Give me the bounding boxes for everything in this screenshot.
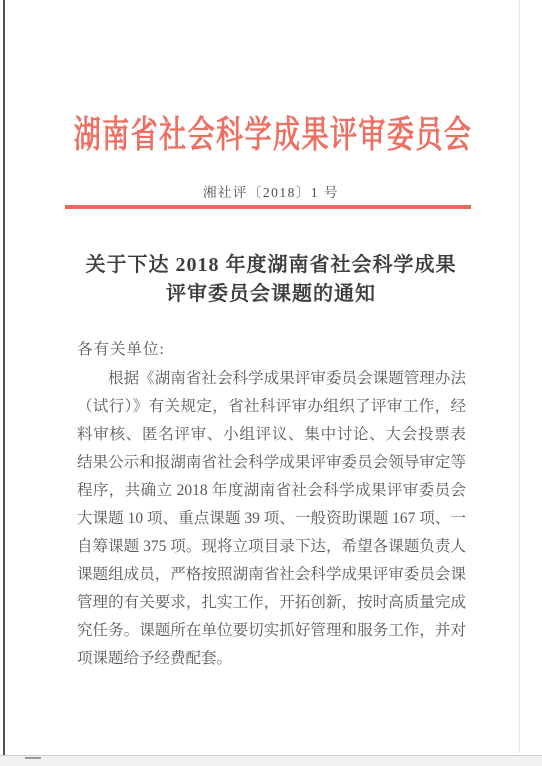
body-line: 项课题给予经费配套。 [77, 645, 466, 673]
body-line: 结果公示和报湖南省社会科学成果评审委员会领导审定等 [77, 449, 466, 477]
org-header-title: 湖南省社会科学成果评审委员会 [74, 112, 473, 160]
red-divider-rule [65, 205, 471, 209]
scanned-page: 湖南省社会科学成果评审委员会 湘社评〔2018〕1 号 关于下达 2018 年度… [0, 0, 542, 766]
body-paragraph: 根据《湖南省社会科学成果评审委员会课题管理办法 （试行）》有关规定，省社科评审办… [77, 365, 466, 673]
body-line: 自筹课题 375 项。现将立项目录下达，希望各课题负责人和 [77, 533, 466, 561]
org-header-banner: 湖南省社会科学成果评审委员会 [0, 112, 542, 160]
body-line: 程序，共确立 2018 年度湖南省社会科学成果评审委员会重 [77, 477, 466, 505]
document-title-line1: 关于下达 2018 年度湖南省社会科学成果 [0, 251, 542, 280]
body-line: （试行）》有关规定，省社科评审办组织了评审工作，经材 [77, 393, 466, 421]
body-line: 大课题 10 项、重点课题 39 项、一般资助课题 167 项、一般 [77, 505, 466, 533]
scan-bottom-shadow [0, 755, 542, 766]
document-number: 湘社评〔2018〕1 号 [0, 181, 542, 201]
body-line: 管理的有关要求，扎实工作，开拓创新，按时高质量完成研 [77, 589, 466, 617]
scan-bottom-artifact [25, 757, 41, 759]
document-title: 关于下达 2018 年度湖南省社会科学成果 评审委员会课题的通知 [0, 251, 542, 308]
body-line: 课题组成员，严格按照湖南省社会科学成果评审委员会课题 [77, 561, 466, 589]
body-line: 料审核、匿名评审、小组评议、集中讨论、大会投票表决、 [77, 421, 466, 449]
document-title-line2: 评审委员会课题的通知 [0, 280, 542, 309]
salutation: 各有关单位: [77, 337, 165, 359]
body-line: 根据《湖南省社会科学成果评审委员会课题管理办法 [77, 365, 466, 393]
body-line: 究任务。课题所在单位要切实抓好管理和服务工作，并对立 [77, 617, 466, 645]
